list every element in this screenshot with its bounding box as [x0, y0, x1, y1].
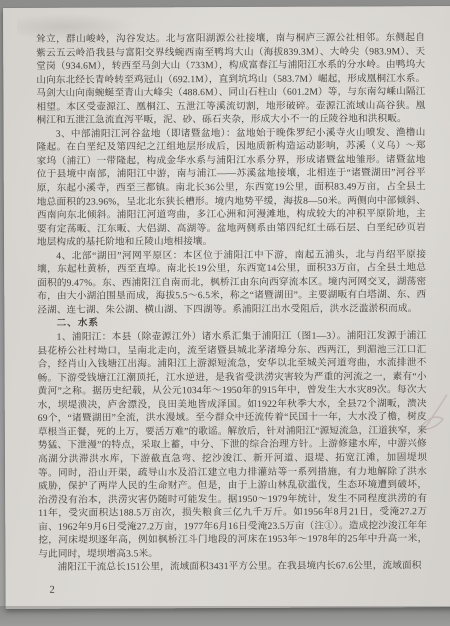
paragraph-basin-3: 3、中部浦阳江河谷盆地（即诸暨盆地）：盆地始于晚侏罗纪小溪寺火山喷发、渔橹山隆起… — [37, 126, 427, 250]
scan-bottom-shadow — [0, 606, 450, 626]
scanned-page-background: 耸立，群山峻岭，沟谷发达。北与富阳湖源公社接壤，南与桐庐三源公社相邻。东侧起自紫… — [0, 0, 450, 626]
text-block: 耸立，群山峻岭，沟谷发达。北与富阳湖源公社接壤，南与桐庐三源公社相邻。东侧起自紫… — [36, 31, 427, 575]
paragraph-puyang-river: 1、浦阳江：本县（除壶源江外）诸水系汇集于浦阳江（图1—3）。浦阳江发源于浦江县… — [37, 329, 427, 561]
paper-sheet: 耸立，群山峻岭，沟谷发达。北与富阳湖源公社接壤，南与桐庐三源公社相邻。东侧起自紫… — [3, 6, 450, 609]
paragraph-plain-4: 4、北部“湖田”河网平原区：本区位于浦阳江中下游，南起五浦头，北与肖绍平原接壤，… — [37, 248, 426, 317]
paragraph-river-stats: 浦阳江干流总长151公里，流域面积3431平方公里。在我县境内长67.6公里，流… — [38, 559, 427, 574]
page-number: 2 — [50, 585, 55, 596]
paragraph-continuation: 耸立，群山峻岭，沟谷发达。北与富阳湖源公社接壤，南与桐庐三源公社相邻。东侧起自紫… — [36, 31, 425, 128]
